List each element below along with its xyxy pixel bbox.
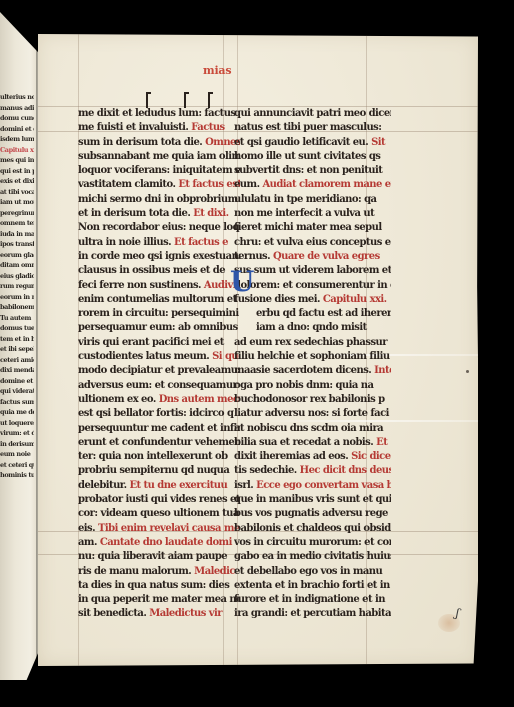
- verso-text-line: domini et die: [0, 124, 34, 135]
- text-line: me fuisti et invaluisti. Factus: [78, 121, 240, 135]
- text-line: Non recordabor eius: neque loquar: [78, 221, 240, 235]
- rubric-text: Hec dicit dns deus: [300, 465, 391, 476]
- rubric-text: Tibi enim revelavi causa mea: [98, 523, 240, 534]
- text-column-right: qui annunciavit patri meo dicens.natus e…: [234, 107, 391, 622]
- verso-text-line: peregrinum: [0, 208, 34, 219]
- rubric-text: Ecce ego convertam vasa belli: [256, 480, 391, 491]
- text-line: persequamur eum: ab omnibus: [78, 321, 240, 335]
- text-line: ultionem ex eo. Dns autem mecu: [78, 393, 240, 407]
- text-line: in qua peperit me mater mea no: [78, 593, 240, 607]
- rubric-text: Quare de vulva egres: [273, 251, 380, 262]
- verso-text-line: Tu autem: [0, 313, 34, 324]
- verso-text-line: Capitulu xx: [0, 145, 34, 156]
- rubric-text: Sit: [371, 137, 385, 148]
- text-line: adversus eum: et consequamur: [78, 379, 240, 393]
- verso-text-line: iuda in manu: [0, 229, 34, 240]
- verso-text-line: qui est in porta: [0, 166, 34, 177]
- text-line: qui annunciavit patri meo dicens.: [234, 107, 391, 121]
- verso-text-line: manus adiutor: [0, 103, 34, 114]
- text-line: dixit iheremias ad eos. Sic dice: [234, 450, 391, 464]
- verso-text-line: rum regum: [0, 281, 34, 292]
- verso-text-line: at tibi vocavit: [0, 187, 34, 198]
- verso-text-line: ulterius nomi: [0, 92, 34, 103]
- text-line: loquor vociferans: iniquitatem et: [78, 164, 240, 178]
- verso-text-line: dixi mendacium: [0, 365, 34, 376]
- text-line: subvertit dns: et non penituit: [234, 164, 391, 178]
- text-line: ta dies in qua natus sum: dies: [78, 579, 240, 593]
- verso-text-line: domu cunctor: [0, 113, 34, 124]
- rubric-text: Et: [376, 437, 387, 448]
- text-line: at nobiscu dns scdm oia mira: [234, 422, 391, 436]
- verso-text-line: ditam omnem: [0, 260, 34, 271]
- text-line: extenta et in brachio forti et in: [234, 579, 391, 593]
- text-line: erunt et confundentur vehemen: [78, 436, 240, 450]
- rubric-text: Audiat clamorem mane et: [262, 179, 391, 190]
- text-line: me dixit et ledudus lum: factus: [78, 107, 240, 121]
- verso-text-line: exis et dixit ad: [0, 176, 34, 187]
- text-line: vos in circuitu murorum: et congre: [234, 536, 391, 550]
- text-line: liatur adversu nos: si forte faci: [234, 407, 391, 421]
- text-line: persequuntur me cadent et infirmi: [78, 422, 240, 436]
- text-line: homo ille ut sunt civitates qs: [234, 150, 391, 164]
- text-line: ira grandi: et percutiam habitatores: [234, 607, 391, 621]
- text-line: ter: quia non intellexerunt ob: [78, 450, 240, 464]
- text-line: cor: videam queso ultionem tua ex: [78, 507, 240, 521]
- text-line: rorem in circuitu: persequimini et: [78, 307, 240, 321]
- facing-verso-page: ulterius nomimanus adiutordomu cunctordo…: [0, 12, 38, 680]
- rubric-text: Et factus e: [174, 237, 228, 248]
- text-line: buchodonosor rex babilonis p: [234, 393, 391, 407]
- verso-text-line: et ceteri qui: [0, 460, 34, 471]
- text-line: isrl. Ecce ego convertam vasa belli: [234, 479, 391, 493]
- text-line: natus est tibi puer masculus:: [234, 121, 391, 135]
- verso-text-line: eorum gladio: [0, 250, 34, 261]
- text-line: dolorem: et consumerentur in co: [234, 279, 391, 293]
- text-line: furore et in indignatione et in: [234, 593, 391, 607]
- text-line: modo decipiatur et prevaleamus: [78, 364, 240, 378]
- verso-text-line: domus tue: [0, 323, 34, 334]
- text-line: feci ferre non sustinens. Audivi: [78, 279, 240, 293]
- text-line: et debellabo ego vos in manu: [234, 565, 391, 579]
- verso-text-line: isdem lumum: [0, 134, 34, 145]
- rubric-text: Cantate dno laudate domi: [100, 537, 232, 548]
- verso-text-line: ipos transfere: [0, 239, 34, 250]
- text-line: ris de manu malorum. Maledic: [78, 565, 240, 579]
- verso-text-line: mes qui incut: [0, 155, 34, 166]
- text-line: clausus in ossibus meis et de: [78, 264, 240, 278]
- text-line: oga pro nobis dnm: quia na: [234, 379, 391, 393]
- text-line: fieret michi mater mea sepul: [234, 221, 391, 235]
- text-line: sus sum ut viderem laborem et: [234, 264, 391, 278]
- text-line: sit benedicta. Maledictus vir: [78, 607, 240, 621]
- text-line: eis. Tibi enim revelavi causa mea: [78, 522, 240, 536]
- verso-text-line: virum: et dixi: [0, 428, 34, 439]
- text-line: fusione dies mei. Capitulu xxi.: [234, 293, 391, 307]
- text-line: custodientes latus meum. Si quo: [78, 350, 240, 364]
- rubric-text: Maledictus vir: [149, 608, 222, 619]
- text-line: viris qui erant pacifici mei et: [78, 336, 240, 350]
- manuscript-leaf: mias me dixit et ledudus lum: factusme f…: [38, 34, 478, 666]
- text-line: iam a dno: qndo misit: [234, 321, 391, 335]
- rubric-text: Dns autem mecu: [159, 394, 240, 405]
- verso-text-line: hominis tui: [0, 470, 34, 481]
- rubric-text: Interr: [374, 365, 391, 376]
- verso-text-line: babilonem: [0, 302, 34, 313]
- rubric-text: Et tu dne exercituu: [129, 480, 227, 491]
- text-line: probriu sempiternu qd nuqua: [78, 464, 240, 478]
- text-line: ternus. Quare de vulva egres: [234, 250, 391, 264]
- text-line: et qsi gaudio letificavit eu. Sit: [234, 136, 391, 150]
- text-line: que in manibus vris sunt et qui: [234, 493, 391, 507]
- text-line: et in derisum tota die. Et dixi.: [78, 207, 240, 221]
- text-line: gabo ea in medio civitatis huius.: [234, 550, 391, 564]
- text-line: enim contumelias multorum et ter: [78, 293, 240, 307]
- verso-text-line: qui viderat: [0, 386, 34, 397]
- verso-text-line: factus sum in: [0, 397, 34, 408]
- verso-text-line: ceteri amici tui: [0, 355, 34, 366]
- verso-text-line: domine et: [0, 376, 34, 387]
- verso-text-line: ut loquerer ad: [0, 418, 34, 429]
- verso-text-column: ulterius nomimanus adiutordomu cunctordo…: [0, 92, 34, 481]
- text-line: vastitatem clamito. Et factus est: [78, 178, 240, 192]
- text-line: non me interfecit a vulva ut: [234, 207, 391, 221]
- verso-text-line: et ibi sepelie: [0, 344, 34, 355]
- text-line: est qsi bellator fortis: idcirco q: [78, 407, 240, 421]
- text-line: ululatu in tpe meridiano: qa: [234, 193, 391, 207]
- text-line: bus vos pugnatis adversu rege: [234, 507, 391, 521]
- text-column-left: me dixit et ledudus lum: factusme fuisti…: [78, 107, 240, 622]
- verso-text-line: in derisum: [0, 439, 34, 450]
- text-line: delebitur. Et tu dne exercituu: [78, 479, 240, 493]
- decorated-initial: U: [230, 268, 252, 296]
- rubric-text: Maledic: [194, 566, 235, 577]
- verso-text-line: quia me derise: [0, 407, 34, 418]
- text-line: nu: quia liberavit aiam paupe: [78, 550, 240, 564]
- text-line: sum in derisum tota die. Omnes: [78, 136, 240, 150]
- verso-text-line: eius gladio: [0, 271, 34, 282]
- verso-text-line: omnem terram: [0, 218, 34, 229]
- running-head: mias: [203, 64, 253, 77]
- text-line: filiu helchie et sophoniam filiu: [234, 350, 391, 364]
- text-line: maasie sacerdotem dicens. Interr: [234, 364, 391, 378]
- verso-text-line: tem et in babi: [0, 334, 34, 345]
- text-line: erbu qd factu est ad iherem: [234, 307, 391, 321]
- text-line: eum. Audiat clamorem mane et: [234, 178, 391, 192]
- text-line: probator iusti qui vides renes et: [78, 493, 240, 507]
- text-line: bilia sua et recedat a nobis. Et: [234, 436, 391, 450]
- text-line: am. Cantate dno laudate domi: [78, 536, 240, 550]
- verso-text-line: iam ut morem: [0, 197, 34, 208]
- text-line: michi sermo dni in obprobrium: [78, 193, 240, 207]
- rubric-text: Et factus est: [178, 179, 240, 190]
- rubric-text: Sic dice: [351, 451, 390, 462]
- text-line: ad eum rex sedechias phassur: [234, 336, 391, 350]
- text-line: ultra in noie illius. Et factus e: [78, 236, 240, 250]
- text-line: tis sedechie. Hec dicit dns deus: [234, 464, 391, 478]
- rubric-text: Capitulu xxi.: [323, 294, 387, 305]
- text-line: chru: et vulva eius conceptus e: [234, 236, 391, 250]
- verso-text-line: eorum in manus: [0, 292, 34, 303]
- text-line: subsannabant me quia iam olim: [78, 150, 240, 164]
- edge-speck: [466, 370, 469, 373]
- rubric-text: Factus: [191, 122, 224, 133]
- text-line: babilonis et chaldeos qui obsidet: [234, 522, 391, 536]
- verso-text-line: eum noie: [0, 449, 34, 460]
- rubric-text: Et dixi.: [193, 208, 228, 219]
- text-line: in corde meo qsi ignis exestuans.: [78, 250, 240, 264]
